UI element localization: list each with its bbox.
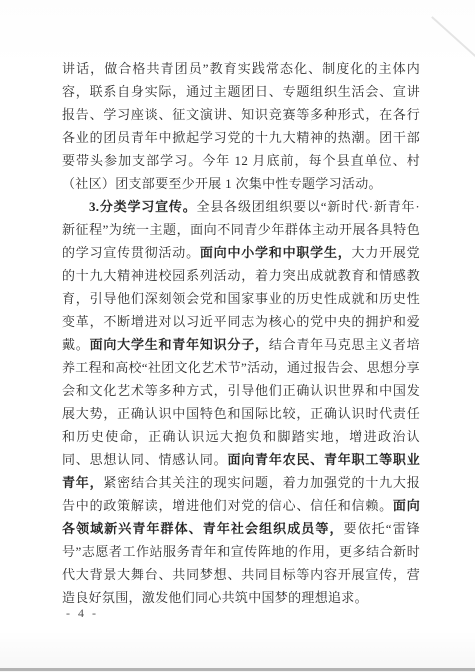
emphasis-run: 面向大学生和青年知识分子， xyxy=(90,337,269,352)
document-body-text: 讲话，做合格共青团员”教育实践常态化、制度化的主体内容，联系自身实际，通过主题团… xyxy=(62,57,420,609)
text-run: 大力开展党的十九大精神进校园系列活动，着力突出成就教育和情感教育，引导他们深刻领… xyxy=(62,245,420,352)
scan-crease-artifact xyxy=(431,16,475,68)
scan-bottom-edge-line xyxy=(0,668,475,671)
emphasis-run: 3.分类学习宣传。 xyxy=(89,199,197,214)
text-run: 结合青年马克思主义者培养工程和高校“社团文化艺术节”活动，通过报告会、思想分享会… xyxy=(62,337,420,467)
page-number: - 4 - xyxy=(66,606,99,621)
emphasis-run: 面向中小学和中职学生， xyxy=(200,245,352,260)
text-run: 紧密结合其关注的现实问题，着力加强党的十九大报告中的政策解读，增进他们对党的信心… xyxy=(62,475,420,513)
text-run: 讲话，做合格共青团员”教育实践常态化、制度化的主体内容，联系自身实际，通过主题团… xyxy=(62,61,420,191)
paragraph: 讲话，做合格共青团员”教育实践常态化、制度化的主体内容，联系自身实际，通过主题团… xyxy=(62,57,420,195)
scanned-document-page: 讲话，做合格共青团员”教育实践常态化、制度化的主体内容，联系自身实际，通过主题团… xyxy=(0,0,475,672)
paragraph: 3.分类学习宣传。全县各级团组织要以“新时代·新青年·新征程”为统一主题，面向不… xyxy=(62,195,420,609)
